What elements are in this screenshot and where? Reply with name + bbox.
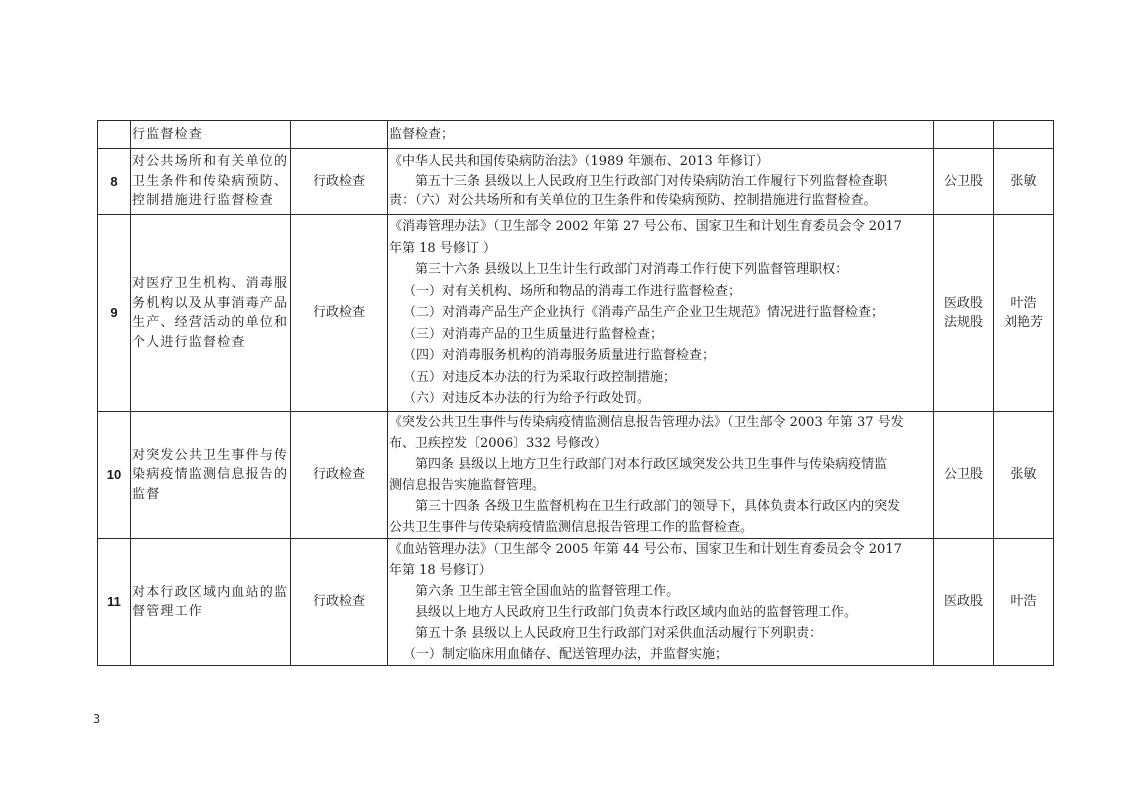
table-row-continuation: 行监督检查 监督检查；: [98, 121, 1054, 149]
department: 医政股 法规股: [934, 215, 994, 412]
item-line: 行监督检查: [132, 125, 289, 145]
basis-line: 年第 18 号修订 ）: [389, 238, 932, 260]
table-row-8: 8 对公共场所和有关单位的 卫生条件和传染病预防、 控制措施进行监督检查 行政检…: [98, 149, 1054, 215]
item-name: 行监督检查: [131, 121, 291, 149]
responsible-person: [994, 121, 1054, 149]
basis-line: 第六条 卫生部主管全国血站的监督管理工作。: [389, 581, 932, 602]
item-line: 监督: [132, 485, 289, 505]
person-line: 叶浩: [995, 294, 1052, 314]
basis-line: 监督检查；: [389, 125, 932, 145]
person-line: 刘艳芳: [995, 313, 1052, 333]
item-line: 染病疫情监测信息报告的: [132, 465, 289, 485]
basis-line: 《中华人民共和国传染病防治法》（1989 年颁布、2013 年修订）: [389, 152, 932, 172]
action-type: [291, 121, 388, 149]
row-number: [98, 121, 131, 149]
item-line: 生产、经营活动的单位和: [132, 313, 289, 333]
responsible-person: 张敏: [994, 149, 1054, 215]
basis-line: （四）对消毒服务机构的消毒服务质量进行监督检查；: [389, 345, 932, 367]
legal-basis: 《中华人民共和国传染病防治法》（1989 年颁布、2013 年修订） 第五十三条…: [388, 149, 934, 215]
basis-line: 第三十四条 各级卫生监督机构在卫生行政部门的领导下，具体负责本行政区内的突发: [389, 496, 932, 517]
table-body: 行监督检查 监督检查； 8 对公共场所和有关单位的 卫生条件和传染病预防、 控制…: [98, 121, 1054, 666]
legal-basis: 《血站管理办法》（卫生部令 2005 年第 44 号公布、国家卫生和计划生育委员…: [388, 539, 934, 666]
row-number: 11: [98, 539, 131, 666]
item-line: 控制措施进行监督检查: [132, 191, 289, 211]
basis-line: 《血站管理办法》（卫生部令 2005 年第 44 号公布、国家卫生和计划生育委员…: [389, 539, 932, 560]
legal-basis: 监督检查；: [388, 121, 934, 149]
table-row-11: 11 对本行政区域内血站的监 督管理工作 行政检查 《血站管理办法》（卫生部令 …: [98, 539, 1054, 666]
department-line: 法规股: [935, 313, 992, 333]
item-name: 对医疗卫生机构、消毒服 务机构以及从事消毒产品 生产、经营活动的单位和 个人进行…: [131, 215, 291, 412]
item-name: 对突发公共卫生事件与传 染病疫情监测信息报告的 监督: [131, 412, 291, 539]
responsible-person: 张敏: [994, 412, 1054, 539]
action-type: 行政检查: [291, 215, 388, 412]
basis-line: 第三十六条 县级以上卫生计生行政部门对消毒工作行使下列监督管理职权：: [389, 259, 932, 281]
item-line: 卫生条件和传染病预防、: [132, 172, 289, 192]
action-type: 行政检查: [291, 149, 388, 215]
basis-line: （三）对消毒产品的卫生质量进行监督检查；: [389, 324, 932, 346]
item-name: 对本行政区域内血站的监 督管理工作: [131, 539, 291, 666]
basis-line: 第四条 县级以上地方卫生行政部门对本行政区域突发公共卫生事件与传染病疫情监: [389, 454, 932, 475]
basis-line: 《突发公共卫生事件与传染病疫情监测信息报告管理办法》（卫生部令 2003 年第 …: [389, 412, 932, 433]
item-name: 对公共场所和有关单位的 卫生条件和传染病预防、 控制措施进行监督检查: [131, 149, 291, 215]
enforcement-items-table: 行监督检查 监督检查； 8 对公共场所和有关单位的 卫生条件和传染病预防、 控制…: [97, 120, 1054, 666]
department-line: 公卫股: [944, 174, 983, 189]
basis-line: （一）对有关机构、场所和物品的消毒工作进行监督检查；: [389, 281, 932, 303]
person-line: 叶浩: [1010, 594, 1036, 609]
row-number: 10: [98, 412, 131, 539]
department: 公卫股: [934, 412, 994, 539]
table-row-9: 9 对医疗卫生机构、消毒服 务机构以及从事消毒产品 生产、经营活动的单位和 个人…: [98, 215, 1054, 412]
basis-line: （一）制定临床用血储存、配送管理办法，并监督实施；: [389, 644, 932, 665]
basis-line: （五）对违反本办法的行为采取行政控制措施；: [389, 367, 932, 389]
item-line: 对医疗卫生机构、消毒服: [132, 274, 289, 294]
legal-basis: 《突发公共卫生事件与传染病疫情监测信息报告管理办法》（卫生部令 2003 年第 …: [388, 412, 934, 539]
item-line: 对本行政区域内血站的监: [132, 583, 289, 603]
item-line: 个人进行监督检查: [132, 333, 289, 353]
basis-line: 布、卫疾控发〔2006〕332 号修改）: [389, 433, 932, 454]
row-number: 8: [98, 149, 131, 215]
page-number: 3: [93, 712, 100, 726]
legal-basis: 《消毒管理办法》（卫生部令 2002 年第 27 号公布、国家卫生和计划生育委员…: [388, 215, 934, 412]
item-line: 督管理工作: [132, 602, 289, 622]
basis-line: 测信息报告实施监督管理。: [389, 475, 932, 496]
department-line: 医政股: [935, 294, 992, 314]
basis-line: （二）对消毒产品生产企业执行《消毒产品生产企业卫生规范》情况进行监督检查；: [389, 302, 932, 324]
department: 公卫股: [934, 149, 994, 215]
responsible-person: 叶浩: [994, 539, 1054, 666]
basis-line: 公共卫生事件与传染病疫情监测信息报告管理工作的监督检查。: [389, 517, 932, 538]
responsible-person: 叶浩 刘艳芳: [994, 215, 1054, 412]
item-line: 对突发公共卫生事件与传: [132, 446, 289, 466]
basis-line: 《消毒管理办法》（卫生部令 2002 年第 27 号公布、国家卫生和计划生育委员…: [389, 216, 932, 238]
table-row-10: 10 对突发公共卫生事件与传 染病疫情监测信息报告的 监督 行政检查 《突发公共…: [98, 412, 1054, 539]
basis-line: 第五十三条 县级以上人民政府卫生行政部门对传染病防治工作履行下列监督检查职: [389, 172, 932, 192]
person-line: 张敏: [1010, 467, 1036, 482]
department-line: 公卫股: [944, 467, 983, 482]
row-number: 9: [98, 215, 131, 412]
person-line: 张敏: [1010, 174, 1036, 189]
basis-line: 责：（六）对公共场所和有关单位的卫生条件和传染病预防、控制措施进行监督检查。: [389, 191, 932, 211]
item-line: 务机构以及从事消毒产品: [132, 294, 289, 314]
department: [934, 121, 994, 149]
department-line: 医政股: [944, 594, 983, 609]
basis-line: （六）对违反本办法的行为给予行政处罚。: [389, 388, 932, 410]
action-type: 行政检查: [291, 412, 388, 539]
department: 医政股: [934, 539, 994, 666]
item-line: 对公共场所和有关单位的: [132, 152, 289, 172]
action-type: 行政检查: [291, 539, 388, 666]
basis-line: 县级以上地方人民政府卫生行政部门负责本行政区域内血站的监督管理工作。: [389, 602, 932, 623]
basis-line: 年第 18 号修订）: [389, 560, 932, 581]
basis-line: 第五十条 县级以上人民政府卫生行政部门对采供血活动履行下列职责：: [389, 623, 932, 644]
